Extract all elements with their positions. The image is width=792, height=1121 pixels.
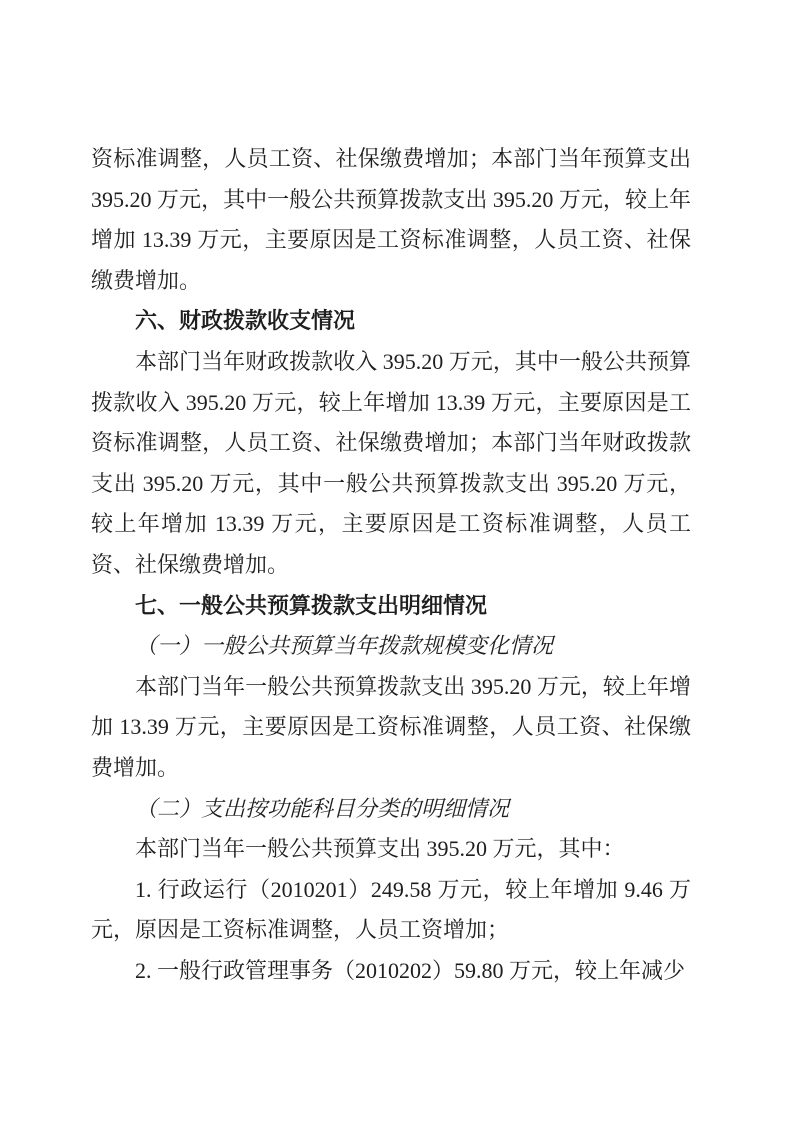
document-content: 资标准调整，人员工资、社保缴费增加；本部门当年预算支出 395.20 万元，其中…	[91, 139, 691, 991]
paragraph-scale-change-detail: 本部门当年一般公共预算拨款支出 395.20 万元，较上年增加 13.39 万元…	[91, 667, 691, 789]
paragraph-total-public-budget: 本部门当年一般公共预算支出 395.20 万元，其中：	[91, 829, 691, 870]
paragraph-budget-expenditure-continuation: 资标准调整，人员工资、社保缴费增加；本部门当年预算支出 395.20 万元，其中…	[91, 139, 691, 301]
document-page: 资标准调整，人员工资、社保缴费增加；本部门当年预算支出 395.20 万元，其中…	[0, 0, 792, 1121]
paragraph-item-2-general-admin-affairs: 2. 一般行政管理事务（2010202）59.80 万元，较上年减少	[91, 951, 691, 992]
section-heading-public-budget-detail: 七、一般公共预算拨款支出明细情况	[91, 586, 691, 627]
sub-heading-scale-change: （一）一般公共预算当年拨款规模变化情况	[91, 626, 691, 667]
section-heading-fiscal-appropriation: 六、财政拨款收支情况	[91, 301, 691, 342]
sub-heading-function-classification: （二）支出按功能科目分类的明细情况	[91, 789, 691, 830]
paragraph-item-1-administrative-operation: 1. 行政运行（2010201）249.58 万元，较上年增加 9.46 万元，…	[91, 870, 691, 951]
paragraph-fiscal-appropriation-detail: 本部门当年财政拨款收入 395.20 万元，其中一般公共预算拨款收入 395.2…	[91, 342, 691, 586]
